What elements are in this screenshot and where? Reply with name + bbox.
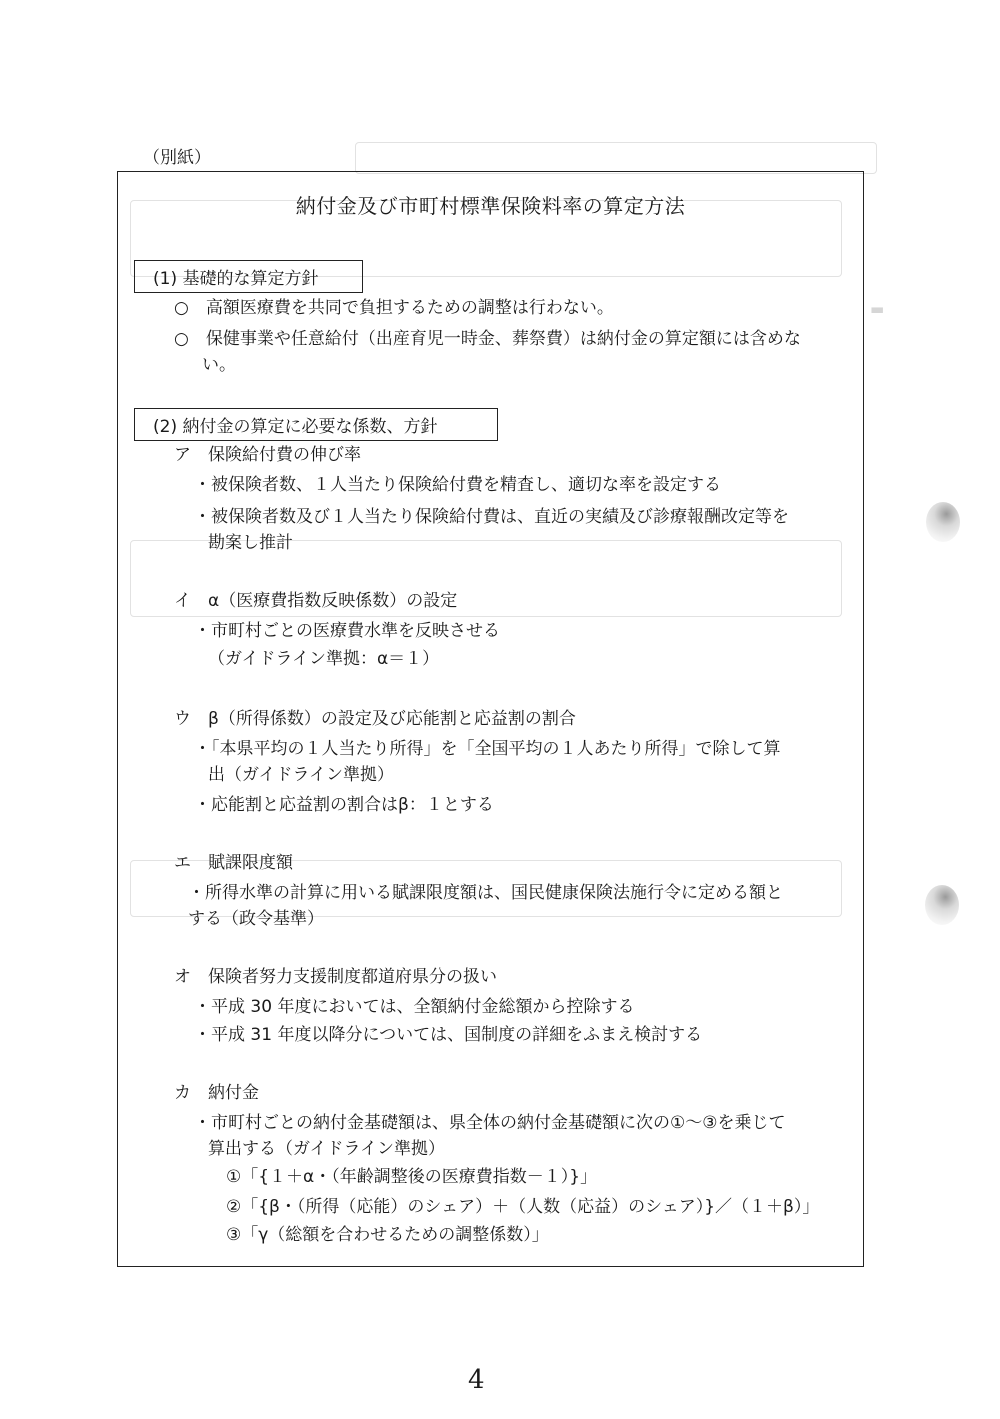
item-e-line: する（政令基準） (188, 904, 324, 929)
item-i-line: ・市町村ごとの医療費水準を反映させる (194, 616, 500, 641)
annex-label: （別紙） (143, 143, 211, 168)
item-o-line: ・平成 30 年度においては、全額納付金総額から控除する (194, 992, 634, 1017)
section-1-bullet-cont: い。 (202, 350, 236, 375)
page-number: 4 (468, 1365, 485, 1395)
item-a-line: 勘案し推計 (208, 528, 293, 553)
item-e-line: ・所得水準の計算に用いる賦課限度額は、国民健康保険法施行令に定める額と (188, 878, 783, 903)
item-a-line: ・被保険者数、１人当たり保険給付費を精査し、適切な率を設定する (194, 470, 721, 495)
formula-2: ②「{β・（所得（応能）のシェア）＋（人数（応益）のシェア）}／（１＋β）」 (226, 1192, 819, 1217)
item-a-label: ア 保険給付費の伸び率 (174, 440, 361, 465)
item-o-label: オ 保険者努力支援制度都道府県分の扱い (174, 962, 497, 987)
item-u-line: ・応能割と応益割の割合はβ：１とする (194, 790, 494, 815)
item-o-line: ・平成 31 年度以降分については、国制度の詳細をふまえ検討する (194, 1020, 702, 1045)
item-ka-line: 算出する（ガイドライン準拠） (208, 1134, 445, 1159)
section-1-bullet: ○ 保健事業や任意給付（出産育児一時金、葬祭費）は納付金の算定額には含めな (174, 324, 801, 349)
document-frame: 納付金及び市町村標準保険料率の算定方法 (1) 基礎的な算定方針 ○ 高額医療費… (117, 171, 864, 1267)
item-i-line: （ガイドライン準拠：α＝１） (208, 644, 439, 669)
bleed-through-box (355, 142, 877, 174)
section-2-heading: (2) 納付金の算定に必要な係数、方針 (134, 408, 498, 441)
item-a-line: ・被保険者数及び１人当たり保険給付費は、直近の実績及び診療報酬改定等を (194, 502, 789, 527)
formula-3: ③「γ（総額を合わせるための調整係数）」 (226, 1220, 549, 1245)
item-u-label: ウ β（所得係数）の設定及び応能割と応益割の割合 (174, 704, 576, 729)
formula-1: ①「{１＋α・（年齢調整後の医療費指数－１）}」 (226, 1162, 597, 1187)
punch-hole (926, 502, 960, 542)
item-u-line: 出（ガイドライン準拠） (208, 760, 394, 785)
item-e-label: エ 賦課限度額 (174, 848, 293, 873)
item-u-line: ・「本県平均の１人当たり所得」を「全国平均の１人あたり所得」で除して算 (194, 734, 781, 759)
section-1-bullet: ○ 高額医療費を共同で負担するための調整は行わない。 (174, 293, 614, 318)
punch-hole (925, 885, 959, 925)
item-ka-line: ・市町村ごとの納付金基礎額は、県全体の納付金基礎額に次の①～③を乗じて (194, 1108, 785, 1133)
bleed-through-text: ▬ (870, 300, 884, 318)
document-title: 納付金及び市町村標準保険料率の算定方法 (118, 190, 863, 219)
section-1-heading: (1) 基礎的な算定方針 (134, 260, 363, 293)
item-i-label: イ α（医療費指数反映係数）の設定 (174, 586, 457, 611)
item-ka-label: カ 納付金 (174, 1078, 259, 1103)
